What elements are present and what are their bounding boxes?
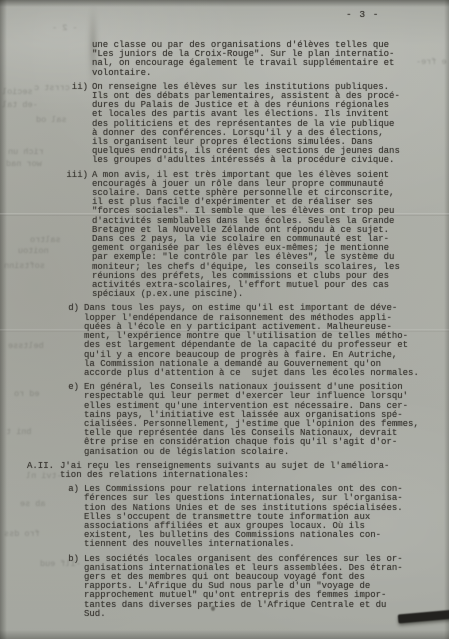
section-text: J'ai reçu les renseignements suivants au… <box>60 462 389 480</box>
paragraph-marker: d) <box>0 304 84 378</box>
paragraph-text: Dans tous les pays, on estime qu'il est … <box>84 304 419 378</box>
document-body: une classe ou par des organisations d'él… <box>0 41 449 624</box>
paragraph-text: On renseigne les élèves sur les institut… <box>92 83 400 166</box>
scanned-document-page: - 2 -crrst cseciolsal od-eb talrich unwo… <box>0 0 449 639</box>
page-number: - 3 - <box>346 9 380 20</box>
bleedthrough-text: - 2 - <box>52 24 78 33</box>
paragraph-marker: ii) <box>0 83 92 166</box>
paragraph-marker: a) <box>0 485 84 549</box>
ink-dot <box>211 606 215 611</box>
paragraph-text: Les Commissions pour relations internati… <box>84 485 403 549</box>
paragraph-marker: e) <box>0 383 84 457</box>
paragraph-marker: b) <box>0 555 84 619</box>
paragraph-marker <box>0 41 92 78</box>
section-label: A.II. <box>0 462 60 480</box>
paragraph-a: a) Les Commissions pour relations intern… <box>0 485 449 549</box>
paragraph-text: une classe ou par des organisations d'él… <box>92 41 394 78</box>
paragraph-b: b) Les sociétés locales organisent des c… <box>0 555 449 619</box>
paragraph-d: d) Dans tous les pays, on estime qu'il e… <box>0 304 449 378</box>
paragraph-text: A mon avis, il est très important que le… <box>92 171 400 300</box>
paragraph-marker: iii) <box>0 171 92 300</box>
page-edge-shadow-bottom <box>0 630 449 639</box>
paragraph-iii: iii) A mon avis, il est très important q… <box>0 171 449 300</box>
paragraph-e: e) En général, les Conseils nationaux jo… <box>0 383 449 457</box>
paragraph-text: Les sociétés locales organisent des conf… <box>84 555 403 619</box>
paragraph-continuation: une classe ou par des organisations d'él… <box>0 41 449 78</box>
section-heading-a2: A.II. J'ai reçu les renseignements suiva… <box>0 462 449 480</box>
page-edge-shadow-top <box>0 0 449 7</box>
paragraph-text: En général, les Conseils nationaux jouis… <box>84 383 419 457</box>
paragraph-ii: ii) On renseigne les élèves sur les inst… <box>0 83 449 166</box>
